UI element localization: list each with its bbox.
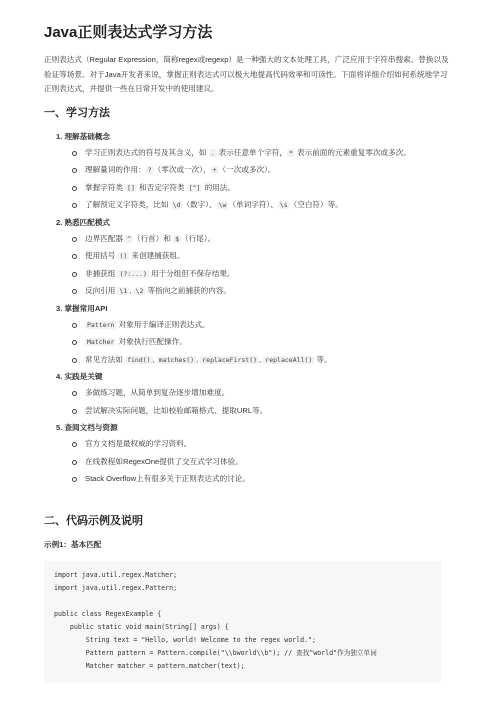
item-text: 使用括号	[85, 251, 117, 260]
circle-bullet-icon	[72, 289, 77, 294]
code-line: Pattern pattern = Pattern.compile("\\bwo…	[54, 647, 431, 660]
list-item: 掌握字符类 [] 和否定字符类 [^] 的用法。	[72, 181, 453, 196]
list-item: 使用括号 () 来创建捕获组。	[72, 249, 453, 264]
inline-code: \1	[117, 287, 129, 295]
item-text: （行首）和	[133, 234, 173, 243]
inline-code: replaceAll()	[263, 356, 314, 364]
inline-code: $	[173, 235, 181, 243]
inline-code: \s	[278, 201, 290, 209]
document-page: Java正则表达式学习方法 正则表达式（Regular Expression，简…	[0, 0, 495, 683]
item-text: 常见方法如	[85, 355, 125, 364]
item-text: （行尾）。	[181, 234, 215, 243]
list-item: Pattern 对象用于编译正则表达式。	[72, 318, 453, 333]
code-line: public static void main(String[] args) {	[54, 621, 431, 634]
example-title: 示例1：基本匹配	[44, 539, 453, 551]
item-text: 表示任意单个字符，	[217, 148, 287, 157]
item-text: 用于分组但不保存结果。	[149, 269, 235, 278]
item-text: 理解量词的作用：	[85, 165, 146, 174]
inline-code: (?:...)	[117, 270, 148, 278]
code-line: public class RegexExample {	[54, 608, 431, 621]
section-heading-learning-methods: 一、学习方法	[44, 105, 453, 121]
list-item: 尝试解决实际问题，比如校验邮箱格式、提取URL等。	[72, 404, 453, 419]
inline-code: +	[211, 166, 219, 174]
item-text: 来创建捕获组。	[129, 251, 184, 260]
list-item: 多做练习题，从简单到复杂逐步增加难度。	[72, 386, 453, 401]
inline-code: []	[125, 184, 137, 192]
item-text: ,	[129, 286, 133, 295]
inline-code: \d	[171, 201, 183, 209]
item-text: 在线教程如RegexOne提供了交互式学习体验。	[85, 457, 243, 466]
inline-code: Pattern	[85, 321, 116, 329]
inline-code: ()	[117, 252, 129, 260]
circle-bullet-icon	[72, 323, 77, 328]
inline-code: \w	[217, 201, 229, 209]
item-text: 尝试解决实际问题，比如校验邮箱格式、提取URL等。	[85, 406, 267, 415]
section-heading-code-examples: 二、代码示例及说明	[44, 513, 453, 529]
item-text: 表示前面的元素重复零次或多次。	[295, 148, 411, 157]
learning-step: 2. 熟悉匹配模式边界匹配器 ^（行首）和 $（行尾）。使用括号 () 来创建捕…	[56, 217, 453, 299]
item-text: 等。	[314, 355, 331, 364]
circle-bullet-icon	[72, 460, 77, 465]
learning-step: 3. 掌握常用APIPattern 对象用于编译正则表达式。Matcher 对象…	[56, 303, 453, 368]
step-title: 2. 熟悉匹配模式	[56, 217, 453, 229]
list-item: 常见方法如 find(), matches(), replaceFirst(),…	[72, 353, 453, 368]
circle-bullet-icon	[72, 358, 77, 363]
item-text: 学习正则表达式的符号及其含义，如	[85, 148, 209, 157]
list-item: 在线教程如RegexOne提供了交互式学习体验。	[72, 455, 453, 470]
list-item: 非捕获组 (?:...) 用于分组但不保存结果。	[72, 267, 453, 282]
item-text: （单词字符）、	[228, 200, 277, 209]
circle-bullet-icon	[72, 442, 77, 447]
code-line: Matcher matcher = pattern.matcher(text);	[54, 660, 431, 673]
item-text: 等指向之前捕获的内容。	[145, 286, 231, 295]
inline-code: [^]	[187, 184, 203, 192]
item-text: （空白符）等。	[290, 200, 343, 209]
item-text: 官方文档是最权威的学习资料。	[85, 439, 191, 448]
item-text: 的用法。	[202, 183, 234, 192]
step-items-list: 官方文档是最权威的学习资料。在线教程如RegexOne提供了交互式学习体验。St…	[56, 437, 453, 487]
circle-bullet-icon	[72, 391, 77, 396]
code-block: import java.util.regex.Matcher;import ja…	[44, 561, 441, 683]
learning-step: 1. 理解基础概念学习正则表达式的符号及其含义，如 . 表示任意单个字符，* 表…	[56, 131, 453, 213]
circle-bullet-icon	[72, 203, 77, 208]
inline-code: matches()	[157, 356, 196, 364]
inline-code: replaceFirst()	[200, 356, 259, 364]
list-item: Stack Overflow上有很多关于正则表达式的讨论。	[72, 472, 453, 487]
list-item: 边界匹配器 ^（行首）和 $（行尾）。	[72, 232, 453, 247]
circle-bullet-icon	[72, 272, 77, 277]
item-text: （零次或一次），	[154, 165, 211, 174]
circle-bullet-icon	[72, 409, 77, 414]
inline-code: Matcher	[85, 338, 116, 346]
list-item: 反向引用 \1, \2 等指向之前捕获的内容。	[72, 284, 453, 299]
inline-code: ^	[125, 235, 133, 243]
circle-bullet-icon	[72, 477, 77, 482]
circle-bullet-icon	[72, 151, 77, 156]
inline-code: *	[287, 149, 295, 157]
list-item: 学习正则表达式的符号及其含义，如 . 表示任意单个字符，* 表示前面的元素重复零…	[72, 146, 453, 161]
item-text: 掌握字符类	[85, 183, 125, 192]
list-item: 了解预定义字符类，比如 \d（数字）、\w（单词字符）、\s（空白符）等。	[72, 198, 453, 213]
learning-step: 4. 实践是关键多做练习题，从简单到复杂逐步增加难度。尝试解决实际问题，比如校验…	[56, 371, 453, 418]
step-title: 4. 实践是关键	[56, 371, 453, 383]
step-items-list: 学习正则表达式的符号及其含义，如 . 表示任意单个字符，* 表示前面的元素重复零…	[56, 146, 453, 213]
item-text: Stack Overflow上有很多关于正则表达式的讨论。	[85, 474, 250, 483]
item-text: 边界匹配器	[85, 234, 125, 243]
circle-bullet-icon	[72, 254, 77, 259]
item-text: 对象用于编译正则表达式。	[116, 320, 209, 329]
inline-code: \2	[134, 287, 146, 295]
step-title: 3. 掌握常用API	[56, 303, 453, 315]
code-line: import java.util.regex.Matcher;	[54, 569, 431, 582]
item-text: 了解预定义字符类，比如	[85, 200, 171, 209]
code-line: String text = "Hello, world! Welcome to …	[54, 634, 431, 647]
code-line	[54, 595, 431, 608]
inline-code: find()	[125, 356, 152, 364]
step-items-list: 边界匹配器 ^（行首）和 $（行尾）。使用括号 () 来创建捕获组。非捕获组 (…	[56, 232, 453, 299]
item-text: （数字）、	[182, 200, 216, 209]
step-title: 5. 查阅文档与资源	[56, 422, 453, 434]
intro-paragraph: 正则表达式（Regular Expression，简称regex或regexp）…	[44, 53, 453, 97]
list-item: 官方文档是最权威的学习资料。	[72, 437, 453, 452]
code-line: import java.util.regex.Pattern;	[54, 582, 431, 595]
item-text: 非捕获组	[85, 269, 117, 278]
circle-bullet-icon	[72, 186, 77, 191]
inline-code: ?	[146, 166, 154, 174]
circle-bullet-icon	[72, 340, 77, 345]
circle-bullet-icon	[72, 168, 77, 173]
document-title: Java正则表达式学习方法	[44, 23, 453, 43]
item-text: 多做练习题，从简单到复杂逐步增加难度。	[85, 388, 229, 397]
list-item: 理解量词的作用：?（零次或一次），+（一次或多次）。	[72, 163, 453, 178]
list-item: Matcher 对象执行匹配操作。	[72, 335, 453, 350]
item-text: （一次或多次）。	[219, 165, 276, 174]
item-text: 和否定字符类	[137, 183, 187, 192]
learning-steps-list: 1. 理解基础概念学习正则表达式的符号及其含义，如 . 表示任意单个字符，* 表…	[44, 131, 453, 487]
step-items-list: 多做练习题，从简单到复杂逐步增加难度。尝试解决实际问题，比如校验邮箱格式、提取U…	[56, 386, 453, 418]
circle-bullet-icon	[72, 237, 77, 242]
learning-step: 5. 查阅文档与资源官方文档是最权威的学习资料。在线教程如RegexOne提供了…	[56, 422, 453, 487]
item-text: 反向引用	[85, 286, 117, 295]
step-title: 1. 理解基础概念	[56, 131, 453, 143]
inline-code: .	[209, 149, 217, 157]
item-text: 对象执行匹配操作。	[116, 337, 186, 346]
step-items-list: Pattern 对象用于编译正则表达式。Matcher 对象执行匹配操作。常见方…	[56, 318, 453, 368]
